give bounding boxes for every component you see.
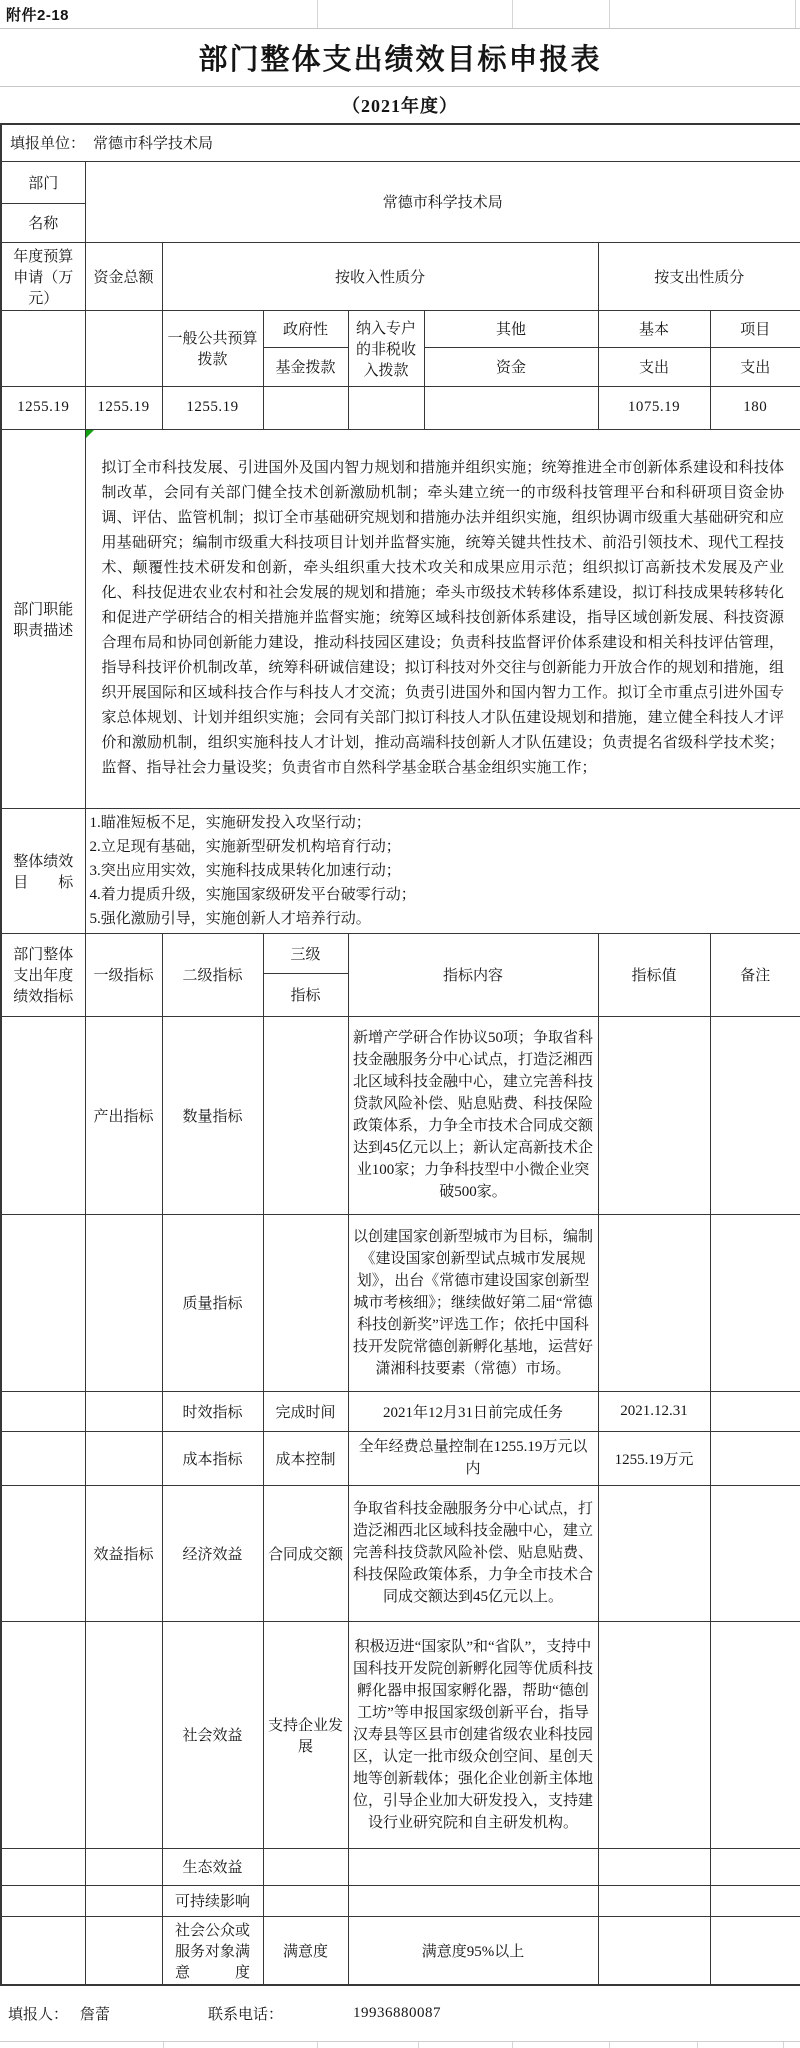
value-other xyxy=(424,386,598,429)
indicator-row-social: 社会效益 支持企业发展 积极迈进“国家队”和“省队”，支持中国科技开发院创新孵化… xyxy=(1,1621,800,1848)
level3-cell: 合同成交额 xyxy=(263,1485,348,1621)
indicators-header-top: 部门整体支出年度绩效指标 一级指标 二级指标 三级 指标内容 指标值 备注 xyxy=(1,933,800,973)
col-general-label: 一般公共预算拨款 xyxy=(162,310,263,386)
level1-cell xyxy=(85,1214,162,1391)
indicator-row-quality: 质量指标 以创建国家创新型城市为目标，编制《建设国家创新型试点城市发展规划》，出… xyxy=(1,1214,800,1391)
department-row-top: 部门 常德市科学技术局 xyxy=(1,161,800,203)
phone-label: 联系电话： xyxy=(208,2003,283,2024)
indicator-row-timeliness: 时效指标 完成时间 2021年12月31日前完成任务 2021.12.31 xyxy=(1,1391,800,1431)
header-level3-bottom: 指标 xyxy=(263,973,348,1016)
header-value: 指标值 xyxy=(598,933,710,1016)
budget-subheader-top: 一般公共预算拨款 政府性 纳入专户的非税收入拨款 其他 基本 项目 xyxy=(1,310,800,347)
gridline xyxy=(418,2042,419,2048)
budget-header-row: 年度预算申请（万元） 资金总额 按收入性质分 按支出性质分 xyxy=(1,242,800,310)
income-group-label: 按收入性质分 xyxy=(162,242,598,310)
gridline xyxy=(317,2042,318,2048)
value-cell xyxy=(598,1885,710,1916)
gridline xyxy=(697,2042,698,2048)
level2-cell: 成本指标 xyxy=(162,1431,263,1485)
level2-cell: 经济效益 xyxy=(162,1485,263,1621)
col-govfund-label-bottom: 基金拨款 xyxy=(263,347,348,386)
header-note: 备注 xyxy=(710,933,800,1016)
indicator-row-sustainability: 可持续影响 xyxy=(1,1885,800,1916)
col-basic-label-top: 基本 xyxy=(598,310,710,347)
content-cell: 以创建国家创新型城市为目标，编制《建设国家创新型试点城市发展规划》，出台《常德市… xyxy=(348,1214,598,1391)
duties-text: 拟订全市科技发展、引进国外及国内智力规划和措施并组织实施；统筹推进全市创新体系建… xyxy=(90,456,797,781)
col-govfund-label-top: 政府性 xyxy=(263,310,348,347)
goal-item: 1.瞄准短板不足，实施研发投入攻坚行动； xyxy=(90,811,797,835)
value-cell xyxy=(598,1485,710,1621)
note-cell xyxy=(710,1016,800,1214)
empty-cell xyxy=(1,1485,85,1621)
header-content: 指标内容 xyxy=(348,933,598,1016)
level2-cell: 质量指标 xyxy=(162,1214,263,1391)
goal-item: 5.强化激励引导，实施创新人才培养行动。 xyxy=(90,907,797,931)
top-grid-row: 附件2-18 xyxy=(0,0,800,29)
value-total-funds: 1255.19 xyxy=(85,386,162,429)
col-project-label-bottom: 支出 xyxy=(710,347,800,386)
level2-cell: 生态效益 xyxy=(162,1848,263,1885)
note-cell xyxy=(710,1431,800,1485)
value-nontax xyxy=(348,386,424,429)
goals-row: 整体绩效目标 1.瞄准短板不足，实施研发投入攻坚行动； 2.立足现有基础，实施新… xyxy=(1,808,800,933)
duties-label: 部门职能职责描述 xyxy=(1,429,85,808)
indicator-row-satisfaction: 社会公众或服务对象满意度 满意度 满意度95%以上 xyxy=(1,1916,800,1985)
note-cell xyxy=(710,1848,800,1885)
indicator-row-cost: 成本指标 成本控制 全年经费总量控制在1255.19万元以内 1255.19万元 xyxy=(1,1431,800,1485)
content-cell xyxy=(348,1848,598,1885)
value-cell: 1255.19万元 xyxy=(598,1431,710,1485)
empty-cell xyxy=(1,1431,85,1485)
gridline xyxy=(317,0,318,28)
level3-cell: 成本控制 xyxy=(263,1431,348,1485)
level1-cell xyxy=(85,1885,162,1916)
level3-cell xyxy=(263,1214,348,1391)
dept-label-top: 部门 xyxy=(1,161,85,203)
content-cell: 2021年12月31日前完成任务 xyxy=(348,1391,598,1431)
form-title: 部门整体支出绩效目标申报表 xyxy=(0,29,800,87)
gridline xyxy=(512,2042,513,2048)
cell-flag-triangle-icon xyxy=(86,430,94,438)
spreadsheet-page: 附件2-18 部门整体支出绩效目标申报表 （2021年度） 填报单位：常德市科学… xyxy=(0,0,800,2048)
gridline xyxy=(163,2042,164,2048)
value-cell xyxy=(598,1621,710,1848)
budget-row-label: 年度预算申请（万元） xyxy=(1,242,85,310)
budget-values-row: 1255.19 1255.19 1255.19 1075.19 180 xyxy=(1,386,800,429)
goal-item: 3.突出应用实效，实施科技成果转化加速行动； xyxy=(90,859,797,883)
phone-number: 19936880087 xyxy=(353,2005,441,2022)
gridline xyxy=(609,2042,610,2048)
note-cell xyxy=(710,1621,800,1848)
value-total-request: 1255.19 xyxy=(1,386,85,429)
dept-name-cell: 常德市科学技术局 xyxy=(85,161,800,242)
level2-cell: 社会效益 xyxy=(162,1621,263,1848)
budget-total-label: 资金总额 xyxy=(85,242,162,310)
level3-cell: 完成时间 xyxy=(263,1391,348,1431)
empty-cell xyxy=(1,1848,85,1885)
gridline xyxy=(609,0,610,28)
empty-cell xyxy=(1,1621,85,1848)
preparer-label: 填报人： xyxy=(8,2003,68,2024)
note-cell xyxy=(710,1214,800,1391)
col-project-label-top: 项目 xyxy=(710,310,800,347)
content-cell xyxy=(348,1885,598,1916)
empty-cell xyxy=(1,1214,85,1391)
level1-cell: 产出指标 xyxy=(85,1016,162,1214)
level2-cell: 数量指标 xyxy=(162,1016,263,1214)
level3-cell: 支持企业发展 xyxy=(263,1621,348,1848)
value-cell xyxy=(598,1916,710,1985)
empty-cell xyxy=(1,310,85,386)
level1-cell xyxy=(85,1431,162,1485)
empty-cell xyxy=(1,1885,85,1916)
bottom-grid-row xyxy=(0,2041,800,2048)
level3-cell xyxy=(263,1016,348,1214)
content-cell: 全年经费总量控制在1255.19万元以内 xyxy=(348,1431,598,1485)
goal-item: 4.着力提质升级，实施国家级研发平台破零行动； xyxy=(90,883,797,907)
content-cell: 满意度95%以上 xyxy=(348,1916,598,1985)
value-general: 1255.19 xyxy=(162,386,263,429)
indicator-row-economic: 效益指标 经济效益 合同成交额 争取省科技金融服务分中心试点，打造泛湘西北区域科… xyxy=(1,1485,800,1621)
value-cell xyxy=(598,1016,710,1214)
empty-cell xyxy=(1,1016,85,1214)
preparer-name: 詹蕾 xyxy=(80,2003,110,2024)
content-cell: 积极迈进“国家队”和“省队”，支持中国科技开发院创新孵化园等优质科技孵化器申报国… xyxy=(348,1621,598,1848)
dept-label-bottom: 名称 xyxy=(1,203,85,242)
empty-cell xyxy=(1,1916,85,1985)
level3-cell xyxy=(263,1885,348,1916)
level1-cell xyxy=(85,1391,162,1431)
header-level3-top: 三级 xyxy=(263,933,348,973)
indicator-row-quantity: 产出指标 数量指标 新增产学研合作协议50项；争取省科技金融服务分中心试点，打造… xyxy=(1,1016,800,1214)
duties-row: 部门职能职责描述 拟订全市科技发展、引进国外及国内智力规划和措施并组织实施；统筹… xyxy=(1,429,800,808)
footer-row: 填报人： 詹蕾 联系电话： 19936880087 xyxy=(0,1986,800,2041)
level1-cell xyxy=(85,1916,162,1985)
note-cell xyxy=(710,1916,800,1985)
value-cell xyxy=(598,1214,710,1391)
level1-cell xyxy=(85,1621,162,1848)
value-cell xyxy=(598,1848,710,1885)
level1-cell: 效益指标 xyxy=(85,1485,162,1621)
level3-cell xyxy=(263,1848,348,1885)
empty-cell xyxy=(1,1391,85,1431)
goals-list: 1.瞄准短板不足，实施研发投入攻坚行动； 2.立足现有基础，实施新型研发机构培育… xyxy=(85,808,800,933)
level3-cell: 满意度 xyxy=(263,1916,348,1985)
reporting-unit-label: 填报单位： xyxy=(10,136,85,152)
col-other-label-bottom: 资金 xyxy=(424,347,598,386)
level2-cell: 时效指标 xyxy=(162,1391,263,1431)
note-cell xyxy=(710,1885,800,1916)
content-cell: 争取省科技金融服务分中心试点，打造泛湘西北区域科技金融中心，建立完善科技贷款风险… xyxy=(348,1485,598,1621)
value-cell: 2021.12.31 xyxy=(598,1391,710,1431)
header-level1: 一级指标 xyxy=(85,933,162,1016)
gridline xyxy=(783,2042,784,2048)
value-project: 180 xyxy=(710,386,800,429)
form-subtitle: （2021年度） xyxy=(0,87,800,123)
level2-cell: 社会公众或服务对象满意度 xyxy=(162,1916,263,1985)
gridline xyxy=(795,0,796,28)
indicators-section-label: 部门整体支出年度绩效指标 xyxy=(1,933,85,1016)
gridline xyxy=(512,0,513,28)
note-cell xyxy=(710,1391,800,1431)
value-basic: 1075.19 xyxy=(598,386,710,429)
goals-label: 整体绩效目标 xyxy=(1,808,85,933)
col-nontax-label: 纳入专户的非税收入拨款 xyxy=(348,310,424,386)
indicator-row-ecological: 生态效益 xyxy=(1,1848,800,1885)
form-table: 填报单位：常德市科学技术局 部门 常德市科学技术局 名称 年度预算申请（万元） … xyxy=(0,123,800,1986)
reporting-unit-cell: 填报单位：常德市科学技术局 xyxy=(1,124,800,161)
level1-cell xyxy=(85,1848,162,1885)
note-cell xyxy=(710,1485,800,1621)
value-gov-fund xyxy=(263,386,348,429)
duties-text-cell: 拟订全市科技发展、引进国外及国内智力规划和措施并组织实施；统筹推进全市创新体系建… xyxy=(85,429,800,808)
col-other-label-top: 其他 xyxy=(424,310,598,347)
reporting-unit-row: 填报单位：常德市科学技术局 xyxy=(1,124,800,161)
header-level2: 二级指标 xyxy=(162,933,263,1016)
reporting-unit-value: 常德市科学技术局 xyxy=(93,136,213,152)
expense-group-label: 按支出性质分 xyxy=(598,242,800,310)
content-cell: 新增产学研合作协议50项；争取省科技金融服务分中心试点，打造泛湘西北区域科技金融… xyxy=(348,1016,598,1214)
goal-item: 2.立足现有基础，实施新型研发机构培育行动； xyxy=(90,835,797,859)
attachment-label: 附件2-18 xyxy=(6,4,69,25)
empty-cell xyxy=(85,310,162,386)
level2-cell: 可持续影响 xyxy=(162,1885,263,1916)
col-basic-label-bottom: 支出 xyxy=(598,347,710,386)
